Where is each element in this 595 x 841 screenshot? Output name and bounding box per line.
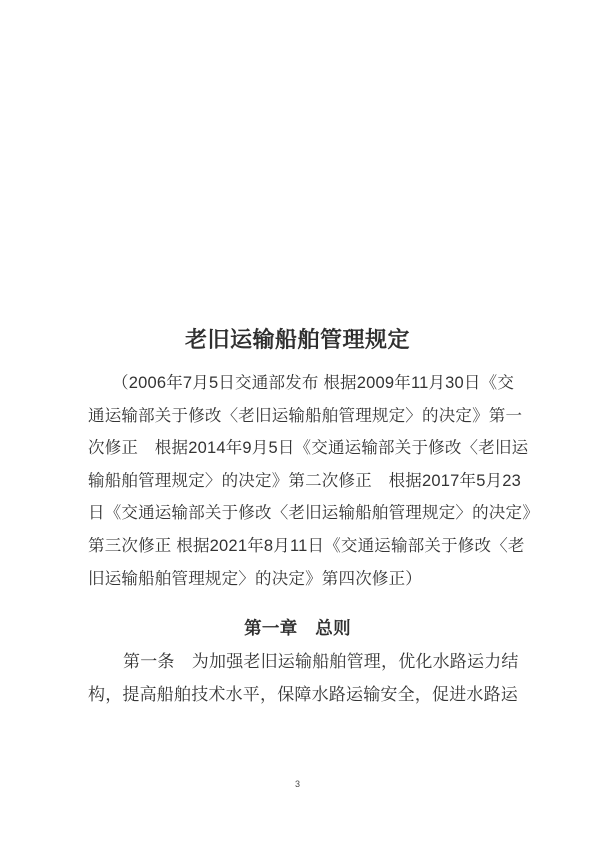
article-line: 第一条 为加强老旧运输船舶管理，优化水路运力结: [88, 645, 508, 678]
preamble-line: 通运输部关于修改〈老旧运输船舶管理规定〉的决定》第一: [88, 400, 508, 433]
document-page: 老旧运输船舶管理规定 （2006年7月5日交通部发布 根据2009年11月30日…: [0, 0, 595, 841]
page-number: 3: [0, 778, 595, 790]
preamble-line: 第三次修正 根据2021年8月11日《交通运输部关于修改〈老: [88, 530, 508, 563]
document-title: 老旧运输船舶管理规定: [0, 326, 595, 354]
chapter-heading: 第一章 总则: [0, 612, 595, 645]
preamble-paragraph: （2006年7月5日交通部发布 根据2009年11月30日《交 通运输部关于修改…: [88, 367, 508, 595]
preamble-line: （2006年7月5日交通部发布 根据2009年11月30日《交: [88, 367, 508, 400]
preamble-line: 日《交通运输部关于修改〈老旧运输船舶管理规定〉的决定》: [88, 497, 508, 530]
preamble-line: 输船舶管理规定〉的决定》第二次修正 根据2017年5月23: [88, 465, 508, 498]
article-line: 构，提高船舶技术水平，保障水路运输安全，促进水路运: [88, 678, 508, 711]
article-paragraph: 第一条 为加强老旧运输船舶管理，优化水路运力结 构，提高船舶技术水平，保障水路运…: [88, 645, 508, 711]
preamble-line: 次修正 根据2014年9月5日《交通运输部关于修改〈老旧运: [88, 432, 508, 465]
preamble-line: 旧运输船舶管理规定〉的决定》第四次修正）: [88, 563, 508, 596]
